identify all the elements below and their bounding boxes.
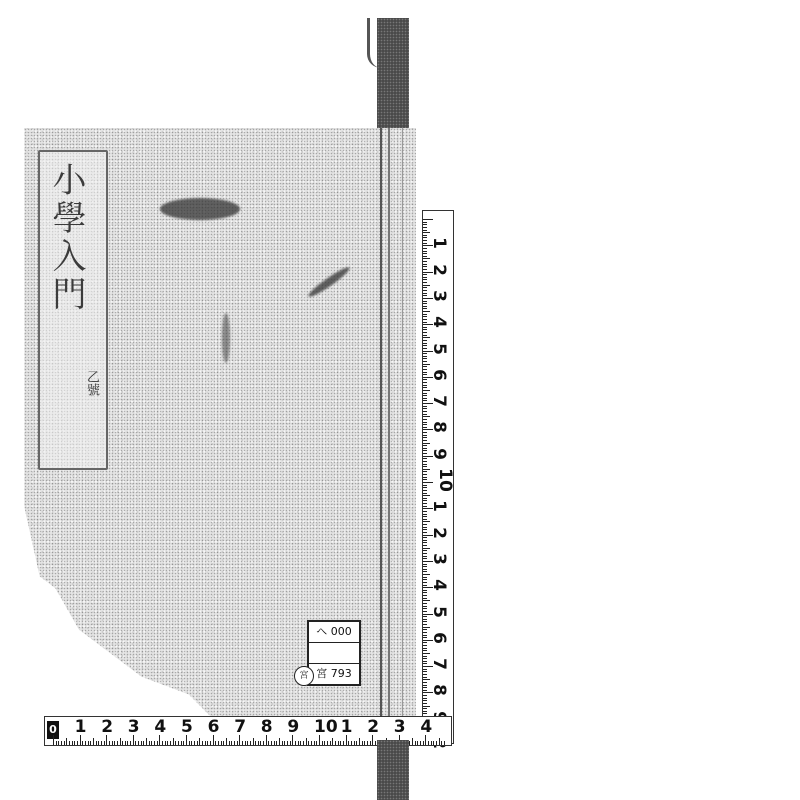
volume-label: 乙號 bbox=[82, 370, 101, 396]
ruler-label: 2 bbox=[101, 717, 113, 737]
title-slip: 小學入門 乙號 bbox=[38, 150, 108, 470]
binding-strap-bottom bbox=[377, 740, 409, 800]
ruler-label: 4 bbox=[420, 717, 432, 737]
label-row: ヘ 000 bbox=[309, 622, 359, 643]
label-row: 宮 793 bbox=[309, 664, 359, 684]
ruler-label: 6 bbox=[208, 717, 220, 737]
ruler-label: 3 bbox=[429, 290, 449, 302]
label-row bbox=[309, 643, 359, 664]
ruler-label: 6 bbox=[429, 369, 449, 381]
stain-mark bbox=[222, 313, 230, 363]
spine-binding bbox=[380, 128, 418, 718]
ruler-label: 4 bbox=[154, 717, 166, 737]
ruler-label: 7 bbox=[429, 395, 449, 407]
stain-mark bbox=[306, 264, 352, 299]
ruler-label: 1 bbox=[429, 500, 449, 512]
ruler-label: 1 bbox=[75, 717, 87, 737]
ruler-label: 8 bbox=[429, 421, 449, 433]
ruler-label: 5 bbox=[429, 343, 449, 355]
stain-mark bbox=[160, 198, 240, 220]
ruler-label: 10 bbox=[435, 468, 455, 492]
library-stamp: 宮 bbox=[294, 666, 314, 686]
ruler-label: 4 bbox=[429, 316, 449, 328]
ruler-label: 2 bbox=[429, 527, 449, 539]
library-call-number-label: ヘ 000 宮 793 bbox=[307, 620, 361, 686]
ruler-label: 9 bbox=[287, 717, 299, 737]
ruler-label: 1 bbox=[429, 237, 449, 249]
ruler-label: 5 bbox=[429, 606, 449, 618]
ruler-label: 7 bbox=[429, 658, 449, 670]
ruler-label: 3 bbox=[128, 717, 140, 737]
ruler-label: 8 bbox=[429, 684, 449, 696]
ruler-label: 8 bbox=[261, 717, 273, 737]
vertical-scale-ruler: 123456789101234567892 bbox=[422, 210, 454, 744]
ruler-label: 9 bbox=[429, 448, 449, 460]
ruler-label: 1 bbox=[341, 717, 353, 737]
book-title: 小學入門 bbox=[50, 162, 84, 314]
ruler-label: 3 bbox=[394, 717, 406, 737]
ruler-label: 7 bbox=[234, 717, 246, 737]
ruler-label: 6 bbox=[429, 632, 449, 644]
ruler-label: 2 bbox=[367, 717, 379, 737]
ruler-label: 10 bbox=[314, 717, 338, 737]
ruler-label: 3 bbox=[429, 553, 449, 565]
binding-strap-top bbox=[377, 18, 409, 130]
ruler-label: 5 bbox=[181, 717, 193, 737]
ruler-label: 4 bbox=[429, 579, 449, 591]
ruler-label: 2 bbox=[429, 264, 449, 276]
